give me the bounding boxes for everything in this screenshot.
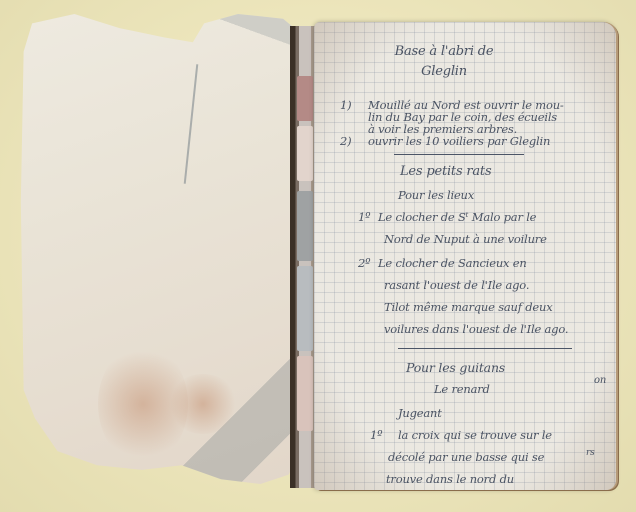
section-divider — [394, 154, 524, 155]
section-subtitle: Le renard — [434, 382, 490, 396]
entry-number: 1) — [340, 98, 351, 112]
entry-line: ouvrir les 10 voiliers par Gleglin — [368, 134, 550, 148]
heading-line-2: Gleglin — [404, 64, 484, 79]
spine-binding-tape — [297, 266, 313, 351]
section-lead: Jugeant — [398, 406, 442, 420]
entry-line: décolé par une basse qui se — [388, 450, 544, 464]
entry-line: Nord de Nuput à une voilure — [384, 232, 547, 246]
entry-number: 2) — [340, 134, 351, 148]
spine-paper-strip — [297, 126, 313, 181]
entry-line: la croix qui se trouve sur le — [398, 428, 552, 442]
margin-note: on — [594, 375, 606, 386]
section-title: Les petits rats — [400, 164, 491, 179]
section-divider — [398, 348, 572, 349]
entry-number: 1º — [370, 428, 382, 442]
water-stain — [168, 374, 238, 434]
entry-number: 2º — [358, 256, 370, 270]
entry-line: Le clocher de Sancieux en — [378, 256, 527, 270]
entry-line: Le clocher de Sᵗ Malo par le — [378, 210, 536, 224]
entry-number: 1º — [358, 210, 370, 224]
entry-line: voilures dans l'ouest de l'Ile ago. — [384, 322, 568, 336]
spine-binding-tape — [297, 191, 313, 261]
section-subtitle: Pour les lieux — [398, 188, 474, 202]
left-page-torn-cover — [18, 14, 300, 484]
margin-note: rs — [586, 448, 595, 458]
heading-line-1: Base à l'abri de — [374, 44, 514, 59]
spine-torn-paper — [297, 356, 313, 431]
spine-thread — [297, 76, 313, 121]
entry-line: Tilot même marque sauf deux — [384, 300, 553, 314]
entry-line: rasant l'ouest de l'Ile ago. — [384, 278, 529, 292]
section-title: Pour les guitans — [406, 360, 505, 375]
entry-line: trouve dans le nord du — [386, 472, 514, 486]
right-page-grid-paper: Base à l'abri de Gleglin 1) Mouillé au N… — [314, 22, 616, 490]
